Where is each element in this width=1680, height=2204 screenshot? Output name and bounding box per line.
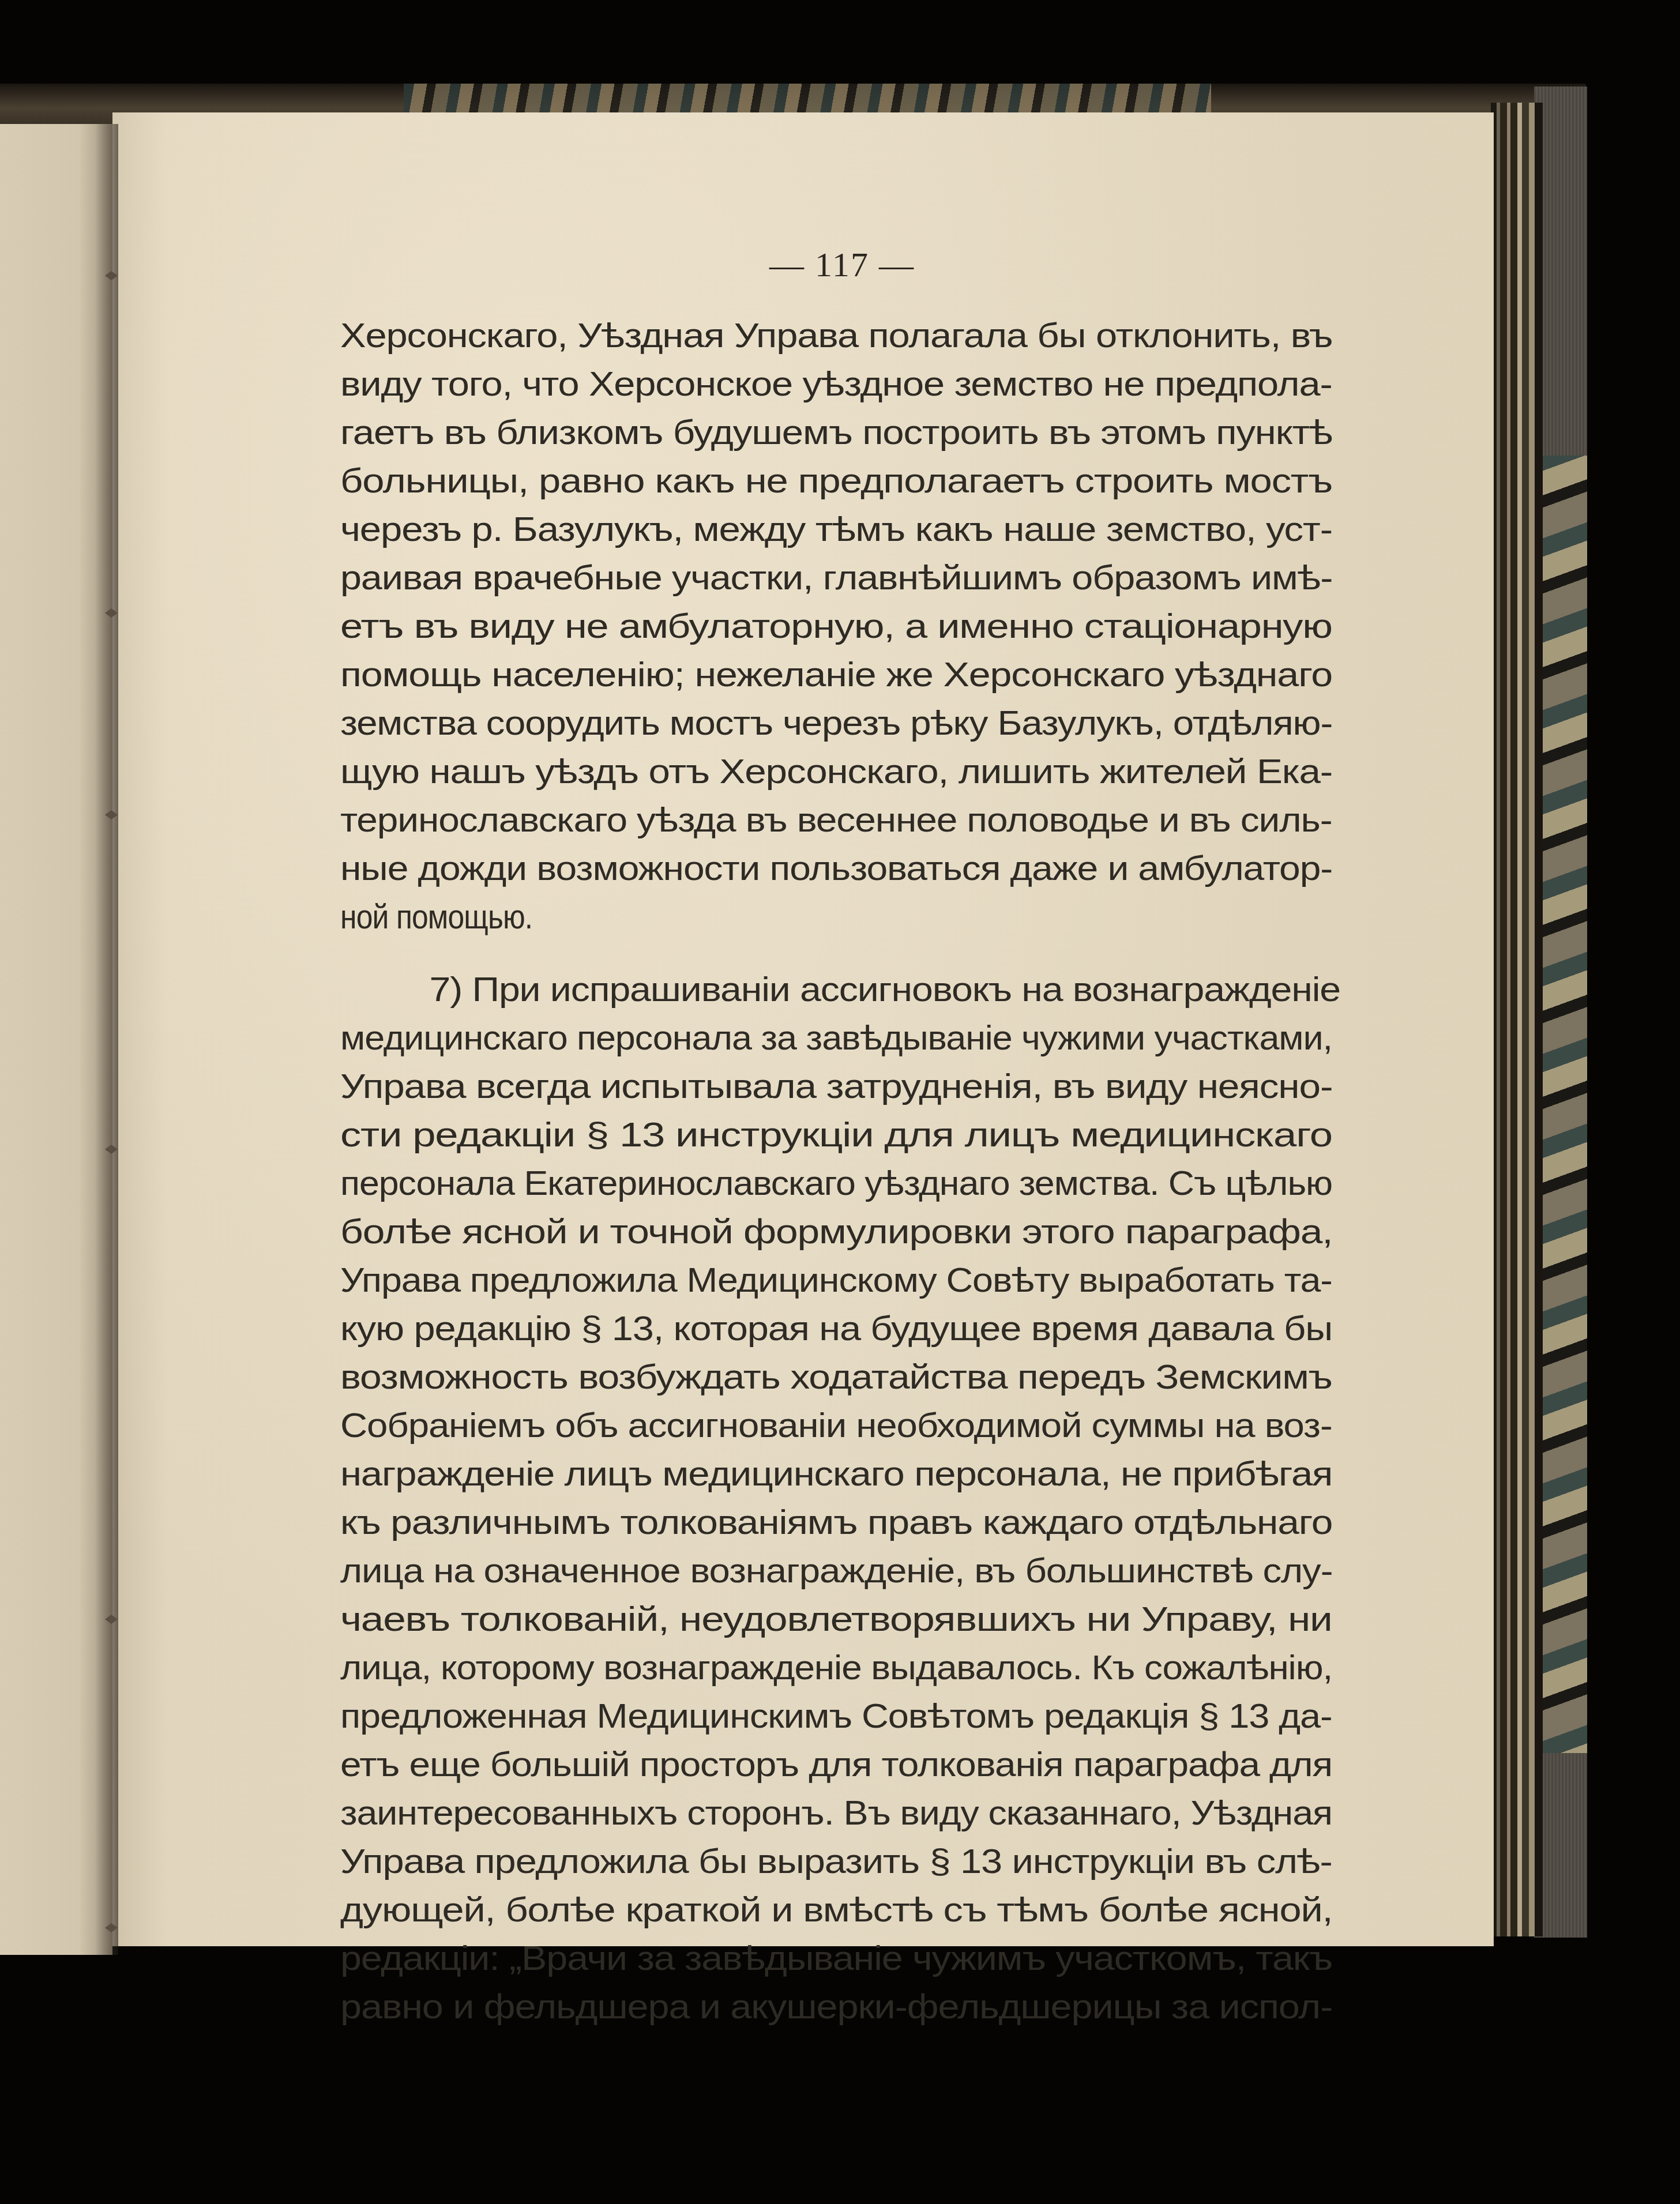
text-line: чаевъ толкованій, неудовлетворявшихъ ни … [340,1595,1332,1643]
text-line: виду того, что Херсонское уѣздное земств… [340,360,1332,408]
text-line: Управа предложила бы выразить § 13 инстр… [340,1837,1332,1886]
text-line: помощь населенію; нежеланіе же Херсонска… [340,650,1332,699]
text-line: ные дожди возможности пользоваться даже … [340,844,1332,893]
text-line: теринославскаго уѣзда въ весеннее полово… [340,796,1332,844]
text-line: Собраніемъ объ ассигнованіи необходимой … [340,1401,1332,1450]
text-line: Управа всегда испытывала затрудненія, въ… [340,1062,1332,1111]
text-line: кую редакцію § 13, которая на будущее вр… [340,1304,1332,1353]
text-line: щую нашъ уѣздъ отъ Херсонскаго, лишить ж… [340,747,1332,796]
text-line: земства соорудить мостъ черезъ рѣку Базу… [340,699,1332,747]
text-line: заинтересованныхъ сторонъ. Въ виду сказа… [340,1789,1332,1837]
paragraph-spacer [340,941,1332,965]
text-line: сти редакціи § 13 инструкціи для лицъ ме… [340,1111,1332,1159]
text-line: награжденіе лицъ медицинскаго персонала,… [340,1450,1332,1498]
text-line: етъ въ виду не амбулаторную, а именно ст… [340,602,1332,650]
text-line: больницы, равно какъ не предполагаетъ ст… [340,457,1332,505]
text-line: черезъ р. Базулукъ, между тѣмъ какъ наше… [340,505,1332,554]
text-line: равно и фельдшера и акушерки-фельдшерицы… [340,1983,1332,2031]
text-line: возможность возбуждать ходатайства перед… [340,1353,1332,1401]
text-line: лица, которому вознагражденіе выдавалось… [340,1643,1332,1692]
page-number: — 117 — [756,245,929,285]
text-line: дующей, болѣе краткой и вмѣстѣ съ тѣмъ б… [340,1886,1332,1934]
text-line: редакціи: „Врачи за завѣдываніе чужимъ у… [340,1934,1332,1983]
text-line: раивая врачебные участки, главнѣйшимъ об… [340,554,1332,602]
text-line: ной помощью. [340,893,532,941]
text-line: медицинскаго персонала за завѣдываніе чу… [340,1014,1332,1062]
book-gutter [95,124,118,1955]
text-line: болѣе ясной и точной формулировки этого … [340,1208,1332,1256]
text-line: къ различнымъ толкованіямъ правъ каждаго… [340,1498,1332,1547]
text-line: лица на означенное вознагражденіе, въ бо… [340,1547,1332,1595]
text-line: гаетъ въ близкомъ будушемъ построить въ … [340,408,1332,457]
text-line: Херсонскаго, Уѣздная Управа полагала бы … [340,311,1333,360]
text-line: персонала Екатеринославскаго уѣзднаго зе… [340,1159,1332,1208]
text-line: Управа предложила Медицинскому Совѣту вы… [340,1256,1332,1304]
paragraph-continuation: Херсонскаго, Уѣздная Управа полагала бы … [340,311,1332,941]
text-line: 7) При испрашиваніи ассигновокъ на возна… [340,965,1340,1014]
page-body-text: Херсонскаго, Уѣздная Управа полагала бы … [340,311,1332,2031]
text-line: етъ еще большій просторъ для толкованія … [340,1740,1332,1789]
text-line: предложенная Медицинскимъ Совѣтомъ редак… [340,1692,1332,1740]
page-edges-stack [1491,103,1543,1936]
paragraph-item-7: 7) При испрашиваніи ассигновокъ на возна… [340,965,1332,2031]
